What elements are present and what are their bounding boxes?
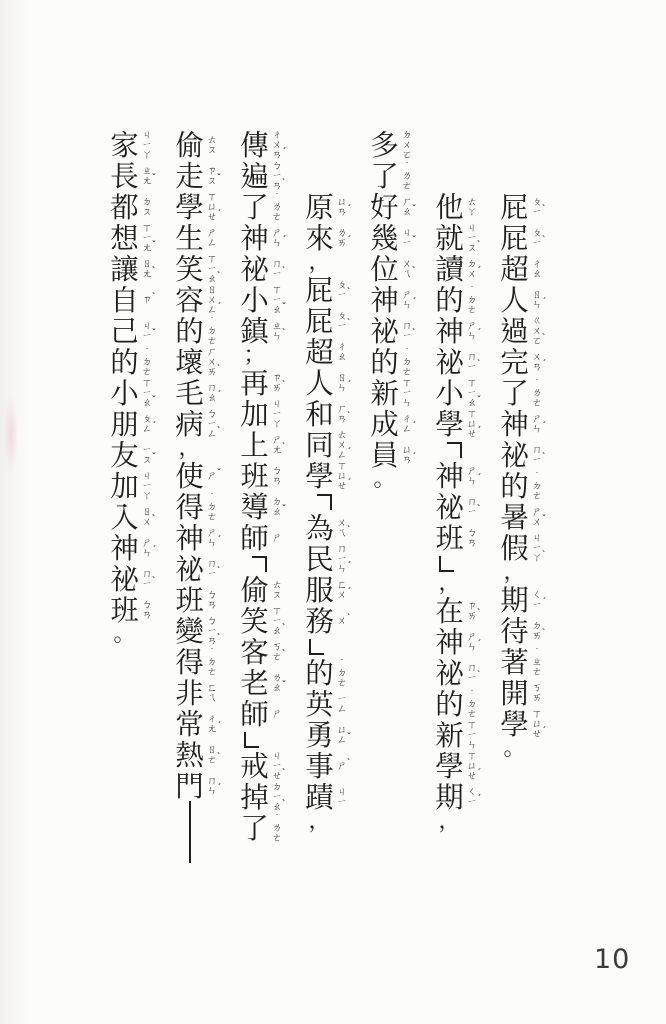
hanzi-character: 師	[239, 523, 270, 554]
character-cell: 班ㄅㄢ	[434, 523, 479, 554]
hanzi-character: 長	[109, 161, 140, 192]
character-cell: 位ㄨㄟˋ	[369, 254, 414, 285]
bopomofo-letter: ㄒ	[467, 410, 477, 420]
bopomofo-letter: ㄇ	[467, 353, 477, 363]
zhuyin-annotation: ㄑㄧˊ	[530, 585, 544, 616]
bopomofo-letter: ㄕ	[467, 322, 477, 332]
bopomofo-letter: ㄣ	[467, 332, 477, 342]
hanzi-character: 笑	[174, 254, 205, 285]
zhuyin-annotation: ㄅㄢ	[140, 595, 154, 626]
bopomofo-letter: ㄜ	[467, 710, 477, 720]
character-cell: 變ㄅㄧㄢˋ	[174, 616, 219, 647]
character-cell: 完ㄨㄢˊ	[499, 347, 544, 378]
punctuation-glyph: ，	[434, 575, 465, 596]
bopomofo-letter: ㄎ	[272, 643, 282, 653]
hanzi-character: 屁	[304, 306, 335, 337]
hanzi-character: 祕	[499, 440, 530, 471]
zhuyin-annotation: ㄕ	[270, 523, 284, 554]
character-cell: 祕ㄇㄧˋ	[174, 554, 219, 585]
character-cell: 再ㄗㄞˋ	[239, 368, 284, 399]
zhuyin-annotation: ㄅㄢ	[465, 523, 479, 554]
bopomofo-letter: ㄚ	[142, 492, 152, 502]
hanzi-character: 得	[174, 647, 205, 678]
hanzi-character: 老	[239, 668, 270, 699]
bopomofo-letter: ㄉ	[532, 482, 542, 492]
zhuyin-annotation: ㄏㄨㄞˋ	[205, 347, 219, 378]
bopomofo-letter: ㄟ	[207, 694, 217, 704]
zhuyin-annotation: ㄔㄠ	[530, 254, 544, 285]
bopomofo-letter: ㄧ	[272, 762, 282, 772]
character-cell: 熱ㄖㄜˋ	[174, 740, 219, 771]
bopomofo-letter: ㄧ	[337, 798, 347, 808]
character-cell: 遍ㄅㄧㄢˋ	[239, 161, 284, 192]
quote-open-bracket	[239, 554, 284, 575]
tone-mark: ˙	[275, 814, 280, 824]
character-cell: 老ㄌㄠˇ	[239, 668, 284, 699]
character-cell: 生ㄕㄥ	[174, 223, 219, 254]
zhuyin-annotation: ㄖㄨˋ	[140, 502, 154, 533]
character-cell: 好ㄏㄠˇ	[369, 192, 414, 223]
hanzi-character: 朋	[109, 409, 140, 440]
zhuyin-annotation: ㄉㄠˇ	[270, 492, 284, 523]
hanzi-character: 學	[434, 751, 465, 782]
bopomofo-letter: ㄡ	[272, 591, 282, 601]
bopomofo-letter: ㄣ	[532, 301, 542, 311]
bopomofo-letter: ㄕ	[532, 508, 542, 518]
bopomofo-letter: ㄩ	[337, 198, 347, 208]
character-cell: 戒ㄐㄧㄝˋ	[239, 751, 284, 782]
character-cell: 神ㄕㄣˊ	[369, 285, 414, 316]
zhuyin-annotation: ㄌㄞˊ	[335, 223, 349, 254]
character-cell: 祕ㄇㄧˋ	[109, 564, 154, 595]
bopomofo-letter: ㄠ	[142, 399, 152, 409]
bopomofo-letter: ㄆ	[532, 229, 542, 239]
character-cell: 待ㄉㄞˋ	[499, 616, 544, 647]
punctuation: ，	[434, 813, 479, 834]
character-cell: 笑ㄒㄧㄠˋ	[174, 254, 219, 285]
hanzi-character: 小	[434, 378, 465, 409]
bopomofo-letter: ㄝ	[272, 772, 282, 782]
bopomofo-letter: ㄔ	[272, 131, 282, 141]
tone-mark: ˙	[405, 162, 410, 172]
hanzi-character: 服	[304, 575, 335, 606]
bopomofo-letter: ㄇ	[337, 545, 347, 555]
hanzi-character: 學	[434, 409, 465, 440]
tone-mark: ˙	[405, 348, 410, 358]
zhuyin-annotation: ㄊㄡ	[270, 575, 284, 606]
punctuation: 。	[499, 740, 544, 761]
bopomofo-letter: ㄆ	[532, 198, 542, 208]
bopomofo-letter: ㄓ	[532, 658, 542, 668]
hanzi-character: 祕	[369, 316, 400, 347]
character-cell: 的˙ㄉㄜ	[304, 658, 349, 689]
zhuyin-annotation: ㄩㄥˇ	[335, 720, 349, 751]
bopomofo-letter: ㄧ	[402, 332, 412, 342]
bopomofo-letter: ㄣ	[207, 539, 217, 549]
zhuyin-annotation: ㄏㄢˋ	[335, 399, 349, 430]
character-cell: 想ㄒㄧㄤˇ	[109, 223, 154, 254]
bopomofo-letter: ㄛ	[532, 337, 542, 347]
character-cell: 為ㄨㄟˋ	[304, 513, 349, 544]
character-cell: 自ㄗˋ	[109, 285, 154, 316]
character-cell: 神ㄕㄣˊ	[174, 523, 219, 554]
text-column-4: 原ㄩㄢˊ來ㄌㄞˊ，屁ㄆㄧˋ屁ㄆㄧˋ超ㄔㄠ人ㄖㄣˊ和ㄏㄢˋ同ㄊㄨㄥˊ學ㄒㄩㄝˊ為ㄨ…	[304, 130, 349, 864]
zhuyin-annotation: ㄒㄩㄝˊ	[530, 709, 544, 740]
bopomofo-letter: ㄧ	[207, 570, 217, 580]
zhuyin-annotation: ㄇㄠˊ	[205, 378, 219, 409]
hanzi-character: 神	[434, 461, 465, 492]
hanzi-character: 同	[304, 430, 335, 461]
bopomofo-letter: ㄕ	[207, 472, 217, 482]
hanzi-character: 再	[239, 368, 270, 399]
tone-mark: ˙	[535, 472, 540, 482]
text-column-6: 偷ㄊㄡ走ㄗㄡˇ學ㄒㄩㄝˊ生ㄕㄥ笑ㄒㄧㄠˋ容ㄖㄨㄥˊ的˙ㄉㄜ壞ㄏㄨㄞˋ毛ㄇㄠˊ病ㄅ…	[174, 130, 219, 864]
bopomofo-letter: ㄣ	[142, 549, 152, 559]
bopomofo-letter: ㄗ	[272, 374, 282, 384]
zhuyin-annotation: ㄊㄚ	[465, 192, 479, 223]
hanzi-character: 笑	[239, 606, 270, 637]
zhuyin-annotation: ㄕㄨˇ	[530, 502, 544, 533]
hanzi-character: 了	[239, 192, 270, 223]
character-cell: 學ㄒㄩㄝˊ	[434, 751, 479, 782]
quote-close-bracket	[304, 637, 349, 658]
zhuyin-annotation: ˙ㄉㄜ	[530, 471, 544, 502]
hanzi-character: 多	[369, 130, 400, 161]
zhuyin-annotation: ㄐㄧㄚ	[140, 130, 154, 161]
character-cell: 學ㄒㄩㄝˊ	[174, 192, 219, 223]
bopomofo-letter: ㄖ	[207, 286, 217, 296]
hanzi-character: 了	[369, 161, 400, 192]
hanzi-character: 神	[174, 523, 205, 554]
zhuyin-annotation: ㄐㄧˇ	[400, 223, 414, 254]
zhuyin-annotation: ㄨˋ	[335, 606, 349, 637]
bopomofo-letter: ㄍ	[532, 317, 542, 327]
bopomofo-letter: ㄌ	[272, 674, 282, 684]
character-cell: 偷ㄊㄡ	[239, 575, 284, 606]
zhuyin-annotation: ㄒㄩㄝˊ	[335, 461, 349, 492]
zhuyin-annotation: ㄒㄩㄝˊ	[465, 751, 479, 782]
zhuyin-annotation: ㄖㄣˊ	[335, 368, 349, 399]
hanzi-character: 學	[174, 192, 205, 223]
hanzi-character: 的	[174, 316, 205, 347]
zhuyin-annotation: ㄇㄧˋ	[465, 347, 479, 378]
bopomofo-letter: ㄧ	[402, 389, 412, 399]
bopomofo-letter: ㄒ	[142, 379, 152, 389]
bopomofo-letter: ㄡ	[142, 456, 152, 466]
character-cell: 開ㄎㄞ	[499, 678, 544, 709]
zhuyin-annotation: ㄐㄧ	[335, 782, 349, 813]
zhuyin-annotation: ㄔㄠ	[335, 337, 349, 368]
bopomofo-letter: ㄔ	[532, 260, 542, 270]
bopomofo-letter: ㄊ	[207, 136, 217, 146]
bopomofo-letter: ㄣ	[337, 565, 347, 575]
hanzi-character: 就	[434, 223, 465, 254]
character-cell: 學ㄒㄩㄝˊ	[304, 461, 349, 492]
hanzi-character: 走	[174, 161, 205, 192]
bopomofo-letter: ㄇ	[467, 664, 477, 674]
tone-mark: ˙	[535, 379, 540, 389]
hanzi-character: 的	[109, 347, 140, 378]
bopomofo-letter: ㄏ	[207, 348, 217, 358]
bopomofo-letter: ㄐ	[142, 472, 152, 482]
bopomofo-letter: ㄒ	[142, 224, 152, 234]
bopomofo-letter: ㄨ	[337, 591, 347, 601]
punctuation: ，	[304, 254, 349, 275]
bopomofo-letter: ㄐ	[142, 131, 152, 141]
character-cell: 掉ㄉㄧㄠˋ	[239, 782, 284, 813]
character-cell: 加ㄐㄧㄚ	[239, 399, 284, 430]
bopomofo-letter: ㄤ	[142, 244, 152, 254]
bopomofo-letter: ㄡ	[207, 146, 217, 156]
hanzi-character: 班	[174, 585, 205, 616]
bopomofo-letter: ㄣ	[402, 301, 412, 311]
bopomofo-letter: ㄧ	[272, 410, 282, 420]
character-cell: 得˙ㄉㄜ	[174, 647, 219, 678]
zhuyin-annotation: ˙ㄉㄜ	[400, 347, 414, 378]
zhuyin-annotation: ㄇㄧˋ	[205, 554, 219, 585]
hanzi-character: 戒	[239, 751, 270, 782]
hanzi-character: 偷	[239, 575, 270, 606]
hanzi-character: 神	[109, 533, 140, 564]
hanzi-character: 班	[434, 523, 465, 554]
text-column-2: 他ㄊㄚ就ㄐㄧㄡˋ讀ㄉㄨˊ的˙ㄉㄜ神ㄕㄣˊ祕ㄇㄧˋ小ㄒㄧㄠˇ學ㄒㄩㄝˊ神ㄕㄣˊ祕ㄇ…	[434, 130, 479, 864]
zhuyin-annotation: ㄒㄧㄣ	[465, 720, 479, 751]
bopomofo-letter: ㄧ	[467, 234, 477, 244]
bopomofo-letter: ㄈ	[337, 581, 347, 591]
hanzi-character: 開	[499, 678, 530, 709]
bopomofo-letter: ㄨ	[337, 441, 347, 451]
zhuyin-annotation: ㄕˋ	[335, 751, 349, 782]
punctuation-glyph: ；	[239, 347, 270, 368]
bopomofo-letter: ㄟ	[402, 270, 412, 280]
bopomofo-letter: ㄌ	[337, 229, 347, 239]
bopomofo-letter: ㄧ	[337, 555, 347, 565]
bopomofo-letter: ㄜ	[207, 513, 217, 523]
bopomofo-letter: ㄧ	[207, 420, 217, 430]
hanzi-character: 了	[499, 378, 530, 409]
bopomofo-letter: ㄢ	[207, 601, 217, 611]
character-cell: 民ㄇㄧㄣˊ	[304, 544, 349, 575]
bopomofo-letter: ㄧ	[142, 446, 152, 456]
zhuyin-annotation: ˙ㄉㄜ	[465, 285, 479, 316]
hanzi-character: 偷	[174, 130, 205, 161]
hanzi-character: 容	[174, 285, 205, 316]
character-cell: 得˙ㄉㄜ	[174, 492, 219, 523]
bopomofo-letter: ㄜ	[532, 399, 542, 409]
hanzi-character: 友	[109, 440, 140, 471]
character-cell: 暑ㄕㄨˇ	[499, 502, 544, 533]
hanzi-character: 神	[369, 285, 400, 316]
hanzi-character: 師	[239, 699, 270, 730]
zhuyin-annotation: ㄇㄧˋ	[140, 564, 154, 595]
hanzi-character: 熱	[174, 740, 205, 771]
bopomofo-letter: ㄣ	[337, 384, 347, 394]
bopomofo-letter: ㄉ	[142, 198, 152, 208]
zhuyin-annotation: ㄐㄧㄡˋ	[465, 223, 479, 254]
character-cell: 小ㄒㄧㄠˇ	[239, 285, 284, 316]
hanzi-character: 屁	[499, 223, 530, 254]
bopomofo-letter: ㄉ	[272, 498, 282, 508]
zhuyin-annotation: ㄒㄧㄣ	[400, 378, 414, 409]
zhuyin-annotation: ㄕㄣˊ	[530, 409, 544, 440]
hanzi-character: 新	[369, 378, 400, 409]
hanzi-character: 掉	[239, 782, 270, 813]
hanzi-character: 超	[499, 254, 530, 285]
hanzi-character: 好	[369, 192, 400, 223]
zhuyin-annotation: ㄅㄢ	[270, 461, 284, 492]
tone-mark: ˙	[340, 659, 345, 669]
bopomofo-letter: ㄧ	[467, 731, 477, 741]
bopomofo-letter: ㄝ	[532, 730, 542, 740]
bopomofo-letter: ㄉ	[207, 327, 217, 337]
bopomofo-letter: ㄩ	[337, 726, 347, 736]
hanzi-character: 的	[434, 689, 465, 720]
bopomofo-letter: ㄜ	[532, 668, 542, 678]
hanzi-character: 和	[304, 399, 335, 430]
bopomofo-letter: ㄌ	[272, 203, 282, 213]
quote-open-bracket	[434, 440, 479, 461]
bopomofo-letter: ㄅ	[467, 529, 477, 539]
bopomofo-letter: ㄢ	[142, 611, 152, 621]
zhuyin-annotation: ㄖㄜˋ	[205, 740, 219, 771]
punctuation: 。	[109, 626, 154, 647]
hanzi-character: 的	[304, 658, 335, 689]
character-cell: 使ㄕˇ	[174, 461, 219, 492]
zhuyin-annotation: ˙ㄉㄜ	[205, 492, 219, 523]
tone-mark: ˙	[145, 348, 150, 358]
zhuyin-annotation: ㄖㄨㄥˊ	[205, 285, 219, 316]
bopomofo-letter: ㄠ	[272, 684, 282, 694]
bopomofo-letter: ㄊ	[337, 431, 347, 441]
hanzi-character: 神	[434, 627, 465, 658]
zhuyin-annotation: ㄆㄧˋ	[530, 223, 544, 254]
hanzi-character: 加	[109, 471, 140, 502]
bopomofo-letter: ㄠ	[272, 627, 282, 637]
hanzi-character: 在	[434, 596, 465, 627]
bopomofo-letter: ㄧ	[142, 332, 152, 342]
bopomofo-letter: ㄧ	[337, 695, 347, 705]
hanzi-character: 事	[304, 751, 335, 782]
bopomofo-letter: ㄜ	[272, 653, 282, 663]
hanzi-character: 神	[239, 223, 270, 254]
zhuyin-annotation: ㄉㄨˊ	[465, 254, 479, 285]
bopomofo-letter: ㄩ	[467, 762, 477, 772]
zhuyin-annotation: ㄇㄧˋ	[270, 254, 284, 285]
bopomofo-letter: ㄈ	[207, 684, 217, 694]
bopomofo-letter: ㄧ	[142, 580, 152, 590]
hanzi-character: 神	[434, 316, 465, 347]
bopomofo-letter: ㄗ	[207, 167, 217, 177]
bopomofo-letter: ㄑ	[467, 788, 477, 798]
bopomofo-letter: ㄌ	[532, 389, 542, 399]
bopomofo-letter: ㄐ	[142, 322, 152, 332]
zhuyin-annotation: ㄖㄤˋ	[140, 254, 154, 285]
character-cell: 都ㄉㄡ	[109, 192, 154, 223]
zhuyin-annotation: ㄕˇ	[205, 461, 219, 492]
hanzi-character: 祕	[239, 254, 270, 285]
bopomofo-letter: ㄨ	[402, 141, 412, 151]
bopomofo-letter: ㄧ	[142, 482, 152, 492]
bopomofo-letter: ㄨ	[142, 518, 152, 528]
zhuyin-annotation: ㄉㄨㄛ	[400, 130, 414, 161]
hanzi-character: 英	[304, 689, 335, 720]
bopomofo-letter: ㄧ	[272, 793, 282, 803]
hanzi-character: 想	[109, 223, 140, 254]
zhuyin-annotation: ˙ㄉㄜ	[205, 647, 219, 678]
character-cell: 師ㄕ	[239, 523, 284, 554]
character-cell: 同ㄊㄨㄥˊ	[304, 430, 349, 461]
bopomofo-letter: ㄅ	[207, 617, 217, 627]
bopomofo-letter: ㄑ	[532, 591, 542, 601]
zhuyin-annotation: ㄗㄡˇ	[205, 161, 219, 192]
bopomofo-letter: ㄞ	[467, 612, 477, 622]
bopomofo-letter: ㄣ	[467, 643, 477, 653]
zhuyin-annotation: ㄊㄨㄥˊ	[335, 430, 349, 461]
bopomofo-letter: ㄢ	[467, 539, 477, 549]
punctuation: 。	[369, 471, 414, 492]
character-cell: 服ㄈㄨˊ	[304, 575, 349, 606]
bopomofo-letter: ㄥ	[337, 736, 347, 746]
character-cell: 屁ㄆㄧˋ	[304, 306, 349, 337]
bopomofo-letter: ㄚ	[467, 208, 477, 218]
hanzi-character: 加	[239, 399, 270, 430]
bopomofo-letter: ㄠ	[207, 275, 217, 285]
bopomofo-letter: ㄒ	[337, 462, 347, 472]
bopomofo-letter: ㄒ	[207, 193, 217, 203]
character-cell: 祕ㄇㄧˋ	[434, 658, 479, 689]
bopomofo-letter: ㄧ	[467, 798, 477, 808]
bopomofo-letter: ㄢ	[402, 456, 412, 466]
character-cell: 上ㄕㄤˋ	[239, 430, 284, 461]
bopomofo-letter: ㄐ	[532, 534, 542, 544]
character-cell: 神ㄕㄣˊ	[239, 223, 284, 254]
character-cell: 小ㄒㄧㄠˇ	[434, 378, 479, 409]
bracket-close-glyph	[244, 732, 259, 748]
bopomofo-letter: ㄇ	[207, 560, 217, 570]
hanzi-character: 家	[109, 130, 140, 161]
tone-mark: ˙	[210, 317, 215, 327]
punctuation: ，	[434, 575, 479, 596]
bopomofo-letter: ㄨ	[337, 519, 347, 529]
bopomofo-letter: ㄕ	[272, 534, 282, 544]
character-cell: 神ㄕㄣˊ	[109, 533, 154, 564]
zhuyin-annotation: ㄒㄧㄠˋ	[205, 254, 219, 285]
bopomofo-letter: ㄉ	[532, 622, 542, 632]
bopomofo-letter: ㄧ	[272, 296, 282, 306]
zhuyin-annotation: ㄕㄣˊ	[140, 533, 154, 564]
bopomofo-letter: ㄥ	[337, 451, 347, 461]
book-page: 屁ㄆㄧˋ屁ㄆㄧˋ超ㄔㄠ人ㄖㄣˊ過ㄍㄨㄛˋ完ㄨㄢˊ了˙ㄌㄜ神ㄕㄣˊ祕ㄇㄧˋ的˙ㄉㄜ…	[0, 0, 666, 1024]
bopomofo-letter: ㄉ	[467, 296, 477, 306]
bopomofo-letter: ㄕ	[337, 762, 347, 772]
zhuyin-annotation: ㄅㄧㄥˋ	[205, 409, 219, 440]
em-dash-line	[189, 801, 191, 863]
zhuyin-annotation: ㄨㄢˊ	[530, 347, 544, 378]
character-cell: 神ㄕㄣˊ	[434, 627, 479, 658]
bopomofo-letter: ㄌ	[402, 172, 412, 182]
text-column-5: 傳ㄔㄨㄢˊ遍ㄅㄧㄢˋ了˙ㄌㄜ神ㄕㄣˊ祕ㄇㄧˋ小ㄒㄧㄠˇ鎮ㄓㄣˋ；再ㄗㄞˋ加ㄐㄧㄚ…	[239, 130, 284, 864]
zhuyin-annotation: ㄏㄠˇ	[400, 192, 414, 223]
character-cell: 讓ㄖㄤˋ	[109, 254, 154, 285]
zhuyin-annotation: ㄐㄧㄚˋ	[530, 533, 544, 564]
character-cell: 班ㄅㄢ	[239, 461, 284, 492]
hanzi-character: 祕	[434, 658, 465, 689]
zhuyin-annotation: ㄎㄞ	[530, 678, 544, 709]
bopomofo-letter: ㄖ	[142, 508, 152, 518]
zhuyin-annotation: ㄅㄧㄢˋ	[205, 616, 219, 647]
character-cell: 他ㄊㄚ	[434, 192, 479, 223]
zhuyin-annotation: ㄒㄩㄝˊ	[205, 192, 219, 223]
